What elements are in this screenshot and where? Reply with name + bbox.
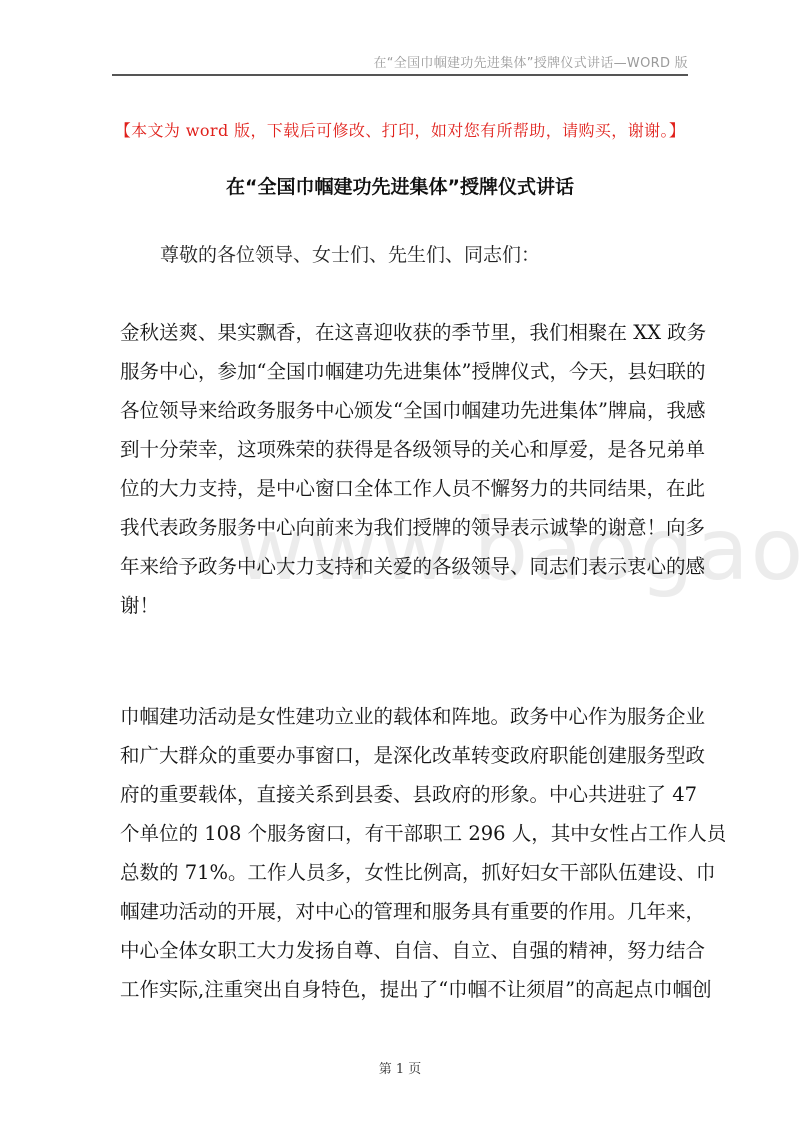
text-line: 我代表政务服务中心向前来为我们授牌的领导表示诚挚的谢意！向多 [120, 508, 685, 547]
text-line: 金秋送爽、果实飘香，在这喜迎收获的季节里，我们相聚在 XX 政务 [120, 313, 685, 352]
text-line: 工作实际,注重突出自身特色，提出了“巾帼不让须眉”的高起点巾帼创 [120, 970, 685, 1009]
purchase-notice: 【本文为 word 版，下载后可修改、打印，如对您有所帮助，请购买，谢谢。】 [0, 118, 800, 141]
text-line: 到十分荣幸，这项殊荣的获得是各级领导的关心和厚爱，是各兄弟单 [120, 430, 685, 469]
document-title: 在“全国巾帼建功先进集体”授牌仪式讲话 [0, 172, 800, 199]
text-line: 中心全体女职工大力发扬自尊、自信、自立、自强的精神，努力结合 [120, 931, 685, 970]
text-line: 谢！ [120, 586, 685, 625]
page-number: 第 1 页 [0, 1058, 800, 1077]
text-line: 个单位的 108 个服务窗口，有干部职工 296 人，其中女性占工作人员 [120, 814, 685, 853]
text-line: 服务中心，参加“全国巾帼建功先进集体”授牌仪式，今天，县妇联的 [120, 352, 685, 391]
text-line: 位的大力支持，是中心窗口全体工作人员不懈努力的共同结果，在此 [120, 469, 685, 508]
paragraph-1: 金秋送爽、果实飘香，在这喜迎收获的季节里，我们相聚在 XX 政务 服务中心，参加… [120, 313, 685, 625]
text-line: 和广大群众的重要办事窗口，是深化改革转变政府职能创建服务型政 [120, 736, 685, 775]
text-line: 帼建功活动的开展，对中心的管理和服务具有重要的作用。几年来， [120, 892, 685, 931]
header-divider [112, 74, 688, 76]
salutation: 尊敬的各位领导、女士们、先生们、同志们： [160, 240, 540, 267]
paragraph-2: 巾帼建功活动是女性建功立业的载体和阵地。政务中心作为服务企业 和广大群众的重要办… [120, 697, 685, 1009]
text-line: 年来给予政务中心大力支持和关爱的各级领导、同志们表示衷心的感 [120, 547, 685, 586]
running-header: 在“全国巾帼建功先进集体”授牌仪式讲话—WORD 版 [373, 52, 688, 71]
text-line: 巾帼建功活动是女性建功立业的载体和阵地。政务中心作为服务企业 [120, 697, 685, 736]
text-line: 各位领导来给政务服务中心颁发“全国巾帼建功先进集体”牌扁，我感 [120, 391, 685, 430]
text-line: 总数的 71%。工作人员多，女性比例高，抓好妇女干部队伍建设、巾 [120, 853, 685, 892]
text-line: 府的重要载体，直接关系到县委、县政府的形象。中心共进驻了 47 [120, 775, 685, 814]
